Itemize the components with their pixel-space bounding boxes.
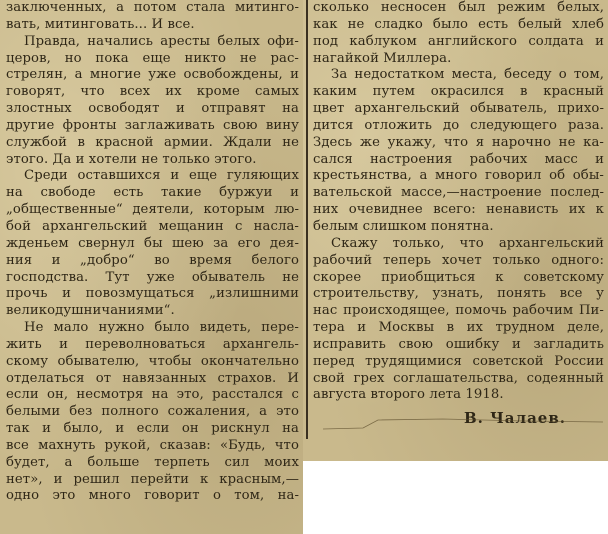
text-line: отделаться от навязанных страхов. И [6, 371, 299, 388]
text-line: под каблуком английского солдата и [313, 34, 604, 51]
text-line: службой в красной армии. Ждали не [6, 135, 299, 152]
text-line: скому обывателю, чтобы окончательно [6, 354, 299, 371]
text-line: на свободе есть такие буржуи и [6, 185, 299, 202]
text-line: господства. Тут уже обыватель не [6, 270, 299, 287]
text-line: Правда, начались аресты белых офи- [6, 34, 299, 51]
text-line: августа второго лета 1918. [313, 387, 604, 404]
text-line: так и было, и если он рискнул на [6, 421, 299, 438]
text-line: Здесь же укажу, что я нарочно не ка- [313, 135, 604, 152]
text-line: Не мало нужно было видеть, пере- [6, 320, 299, 337]
text-line: „общественные“ деятели, которым лю- [6, 202, 299, 219]
text-line: исправить свою ошибку и загладить [313, 337, 604, 354]
text-line: другие фронты заглаживать свою вину [6, 118, 299, 135]
text-line: перед трудящимися советской России [313, 354, 604, 371]
right-newspaper-column: сколько несносен был режим белых,как не … [303, 0, 608, 461]
text-line: Скажу только, что архангельский [313, 236, 604, 253]
text-line: прочь и повозмущаться „излишними [6, 286, 299, 303]
text-line: сколько несносен был режим белых, [313, 0, 604, 17]
text-line: как не сладко было есть белый хлеб [313, 17, 604, 34]
text-line: этого. Да и хотели не только этого. [6, 152, 299, 169]
text-line: тера и Москвы в их трудном деле, [313, 320, 604, 337]
text-line: дится отложить до следующего раза. [313, 118, 604, 135]
text-line: белыми без полного сожаления, а это [6, 404, 299, 421]
left-column-text: заключенных, а потом стала митинго-вать,… [6, 0, 299, 505]
text-line: крестьянства, а много говорил об обы- [313, 168, 604, 185]
text-line: ния и „добро“ во время белого [6, 253, 299, 270]
text-line: будет, а больше терпеть сил моих [6, 455, 299, 472]
text-line: Среди оставшихся и еще гуляющих [6, 168, 299, 185]
text-line: церов, но пока еще никто не рас- [6, 51, 299, 68]
text-line: бой архангельский мещанин с насла- [6, 219, 299, 236]
paper-crease-line [323, 418, 603, 430]
text-line: белым слишком понятна. [313, 219, 604, 236]
text-line: За недостатком места, беседу о том, [313, 67, 604, 84]
text-line: нас происходящее, помочь рабочим Пи- [313, 303, 604, 320]
text-line: заключенных, а потом стала митинго- [6, 0, 299, 17]
text-line: все махнуть рукой, сказав: «Будь, что [6, 438, 299, 455]
text-line: злостных освободят и отправят на [6, 101, 299, 118]
text-line: нагайкой Миллера. [313, 51, 604, 68]
text-line: свой грех соглашательства, содеянный [313, 371, 604, 388]
text-line: цвет архангельский обыватель, прихо- [313, 101, 604, 118]
text-line: сался настроения рабочих масс и [313, 152, 604, 169]
text-line: каким путем окрасился в красный [313, 84, 604, 101]
text-line: стрелян, а многие уже освобождены, и [6, 67, 299, 84]
left-newspaper-column: заключенных, а потом стала митинго-вать,… [0, 0, 303, 534]
text-line: скорее приобщиться к советскому [313, 270, 604, 287]
text-line: нет», и решил перейти к красным,— [6, 472, 299, 489]
text-line: них очевиднее всего: ненависть их к [313, 202, 604, 219]
text-line: жденьем свернул бы шею за его дея- [6, 236, 299, 253]
text-line: говорят, что всех их кроме самых [6, 84, 299, 101]
text-line: великодушничаниями“. [6, 303, 299, 320]
text-line: если он, несмотря на это, расстался с [6, 387, 299, 404]
text-line: одно это много говорит о том, на- [6, 488, 299, 505]
text-line: строительству, узнать, понять все у [313, 286, 604, 303]
column-separator-rule [306, 0, 308, 439]
text-line: рабочий теперь хочет только одного: [313, 253, 604, 270]
text-line: вательской массе,—настроение послед- [313, 185, 604, 202]
right-column-text: сколько несносен был режим белых,как не … [313, 0, 604, 404]
text-line: жить и переволноваться архангель- [6, 337, 299, 354]
text-line: вать, митинговать... И все. [6, 17, 299, 34]
